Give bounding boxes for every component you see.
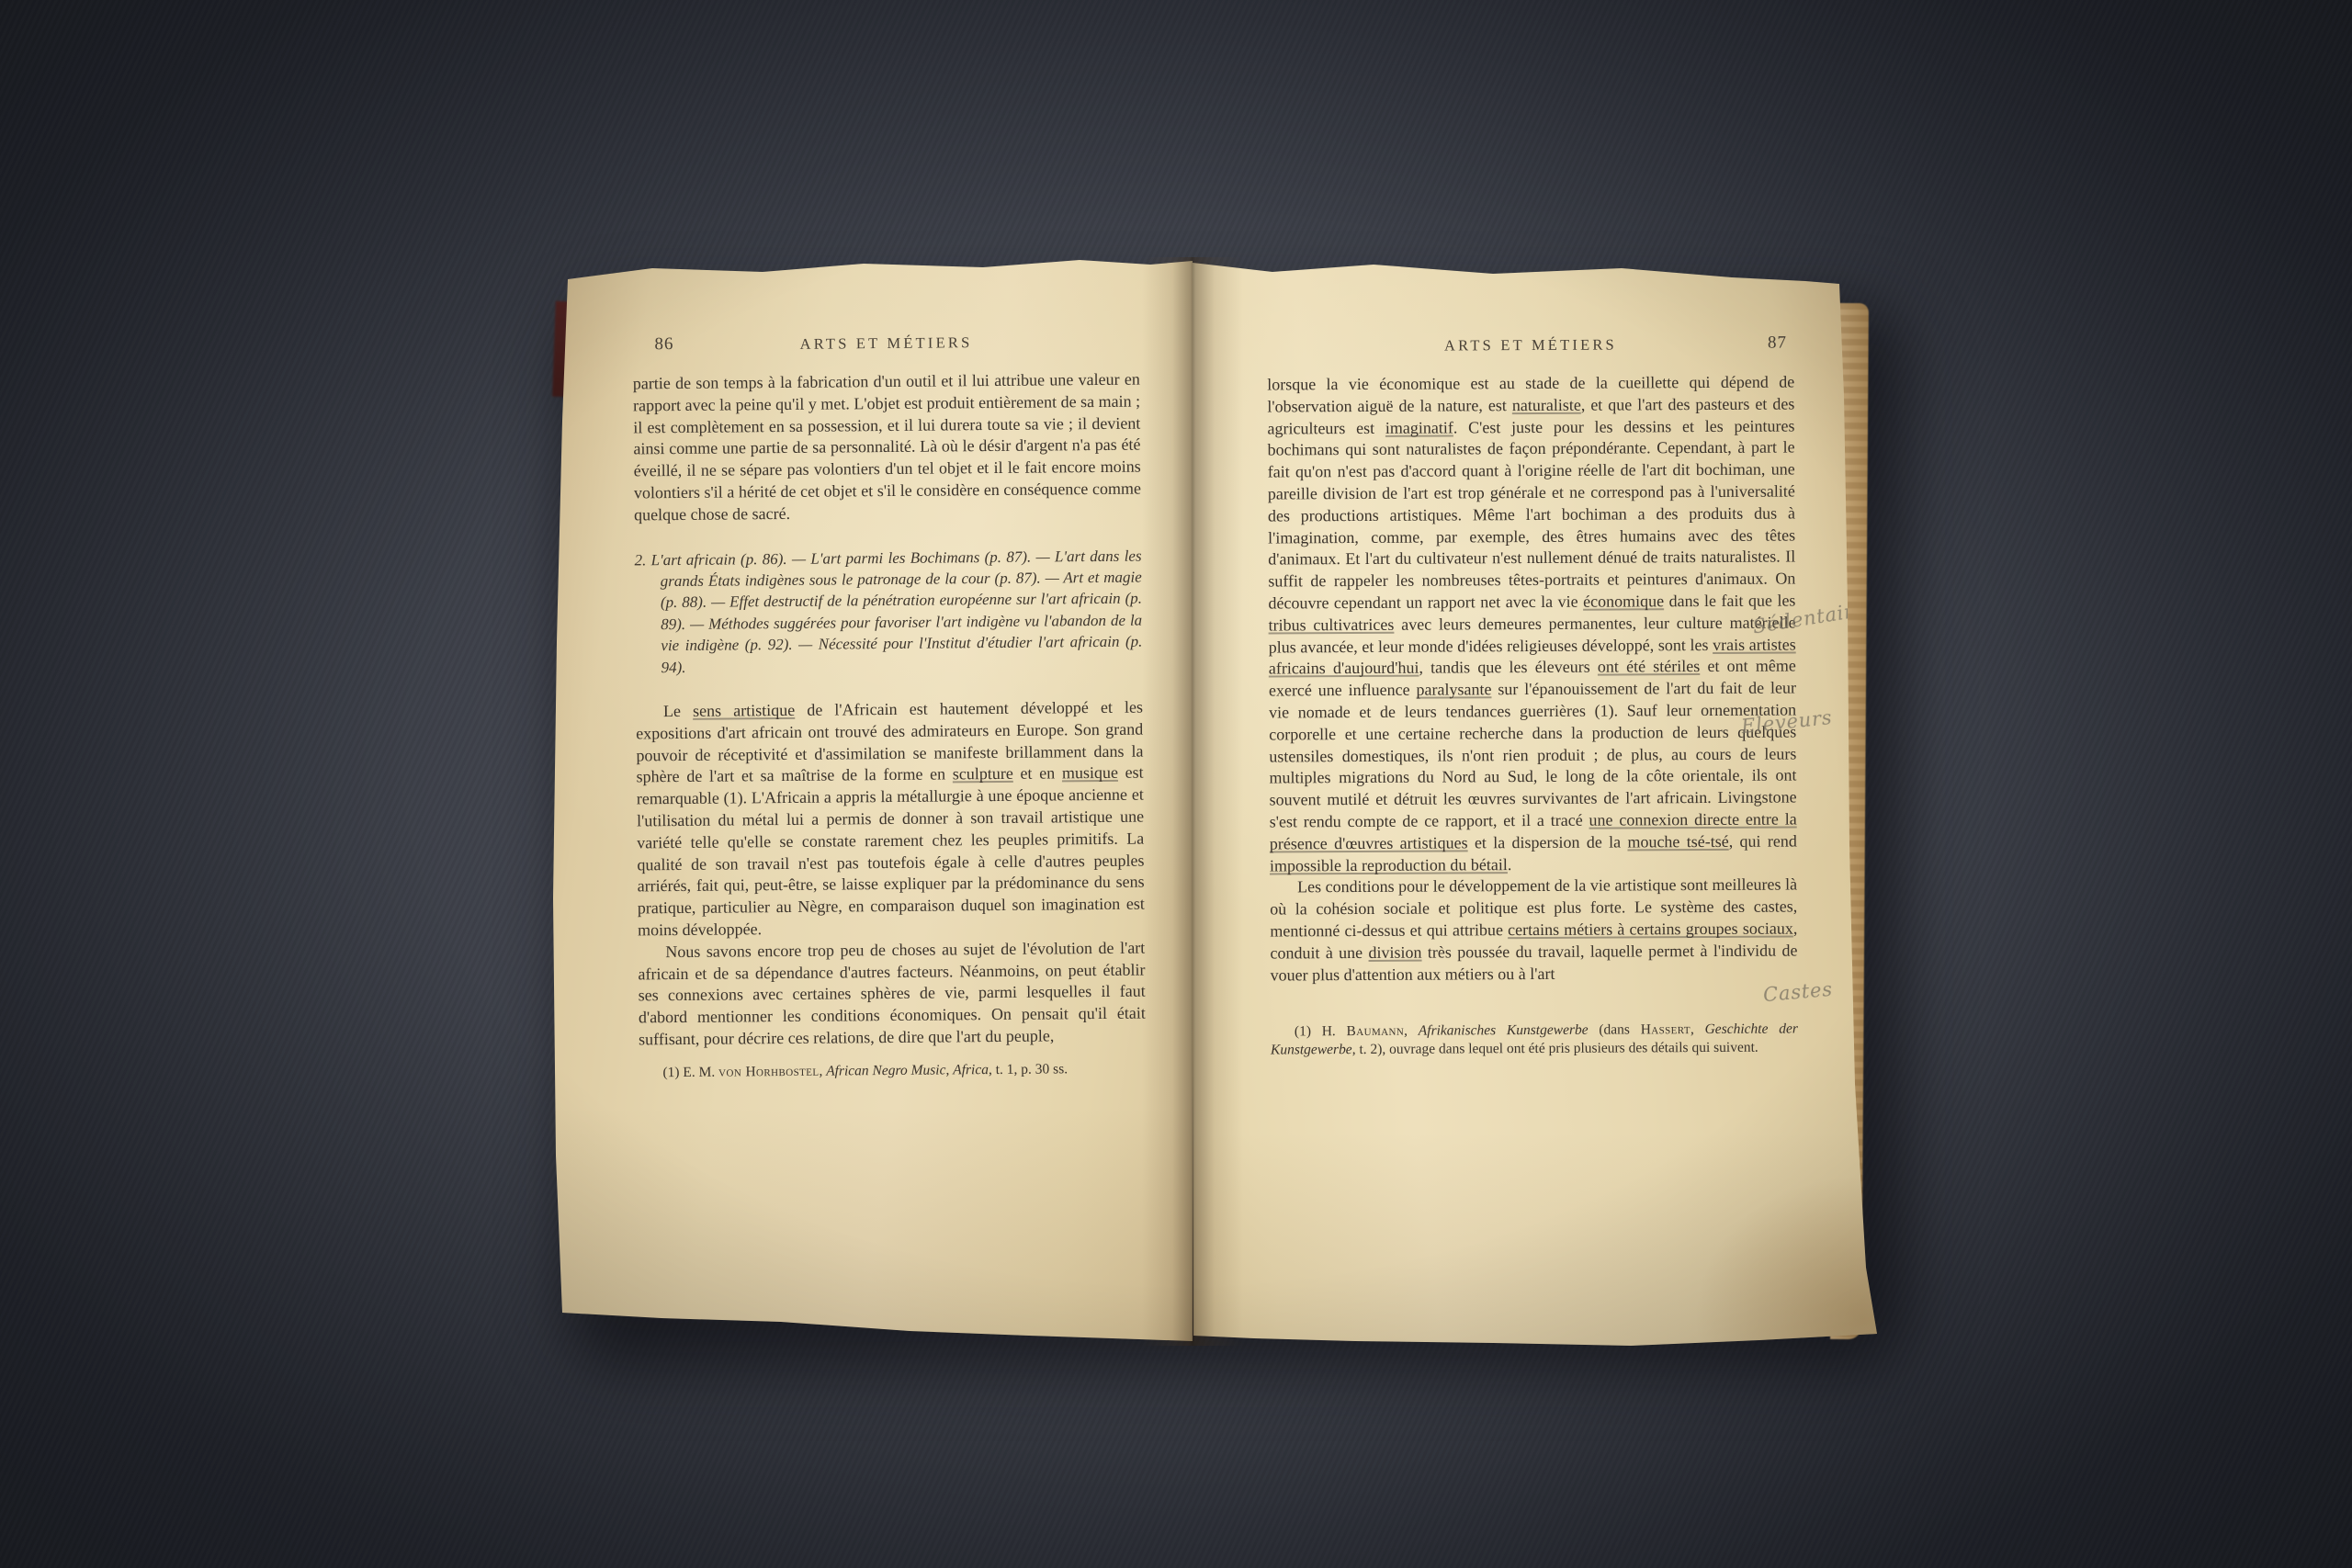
text-segment: , <box>819 1063 826 1078</box>
text-segment: . C'est juste pour les dessins et les pe… <box>1268 416 1796 612</box>
pencil-underlined-text: économique <box>1583 592 1664 610</box>
pencil-underlined-text: certains métiers à certains groupes soci… <box>1508 919 1793 939</box>
right-running-head: ARTS ET MÉTIERS 87 <box>1267 330 1794 375</box>
text-segment: partie de son temps à la fabrication d'u… <box>633 370 1141 525</box>
text-segment: (1) H. <box>1295 1023 1347 1039</box>
text-segment: , t. 1, p. 30 ss. <box>989 1061 1068 1077</box>
text-segment: (1) E. M. <box>662 1064 718 1080</box>
text-segment: , qui rend <box>1729 831 1797 850</box>
paragraph: 2. L'art africain (p. 86). — L'art parmi… <box>634 545 1142 678</box>
pencil-underlined-text: division <box>1368 942 1421 961</box>
text-segment: Africa <box>953 1062 989 1077</box>
text-segment: Hassert <box>1641 1021 1690 1037</box>
right-page-text-column: ARTS ET MÉTIERS 87 lorsque la vie économ… <box>1267 330 1798 1074</box>
text-segment: et en <box>1013 764 1062 783</box>
text-segment: Le <box>663 702 693 720</box>
text-segment: , <box>1404 1023 1419 1039</box>
text-segment: et la dispersion de la <box>1468 832 1628 852</box>
left-page-body: partie de son temps à la fabrication d'u… <box>633 369 1146 1052</box>
right-page: ARTS ET MÉTIERS 87 lorsque la vie économ… <box>1190 257 1883 1350</box>
text-segment: est remarquable (1). L'Africain a appris… <box>637 763 1145 939</box>
pencil-underlined-text: musique <box>1062 763 1118 783</box>
pencil-underlined-text: sculpture <box>953 764 1013 784</box>
paragraph: partie de son temps à la fabrication d'u… <box>633 369 1141 526</box>
pencil-underlined-text: naturaliste <box>1512 396 1581 414</box>
left-page-footnote: (1) E. M. von Horhbostel, African Negro … <box>639 1059 1146 1081</box>
right-page-number: 87 <box>1768 333 1787 354</box>
pencil-underlined-text: sens artistique <box>693 701 795 720</box>
text-segment: Afrikanisches Kunstgewerbe <box>1419 1022 1589 1039</box>
text-segment: Nous savons encore trop peu de choses au… <box>638 938 1146 1048</box>
text-segment: , tandis que les éleveurs <box>1419 658 1598 677</box>
text-segment: sur l'épanouissement de l'art du fait de… <box>1269 679 1797 831</box>
pencil-underlined-text: paralysante <box>1416 680 1491 698</box>
text-segment: , <box>945 1062 953 1077</box>
pencil-underlined-text: mouche tsé-tsé <box>1627 832 1728 852</box>
text-segment: Baumann <box>1346 1023 1404 1039</box>
text-segment: , <box>1690 1021 1705 1037</box>
pencil-underlined-text: impossible la reproduction du bétail <box>1270 855 1508 874</box>
text-segment: von Horhbostel <box>718 1063 819 1079</box>
pencil-underlined-text: ont été stériles <box>1598 657 1700 676</box>
text-segment: African Negro Music <box>826 1062 945 1078</box>
paragraph: Les conditions pour le développement de … <box>1270 874 1798 987</box>
text-segment: , t. 2), ouvrage dans lequel ont été pri… <box>1352 1040 1758 1057</box>
text-segment: (dans <box>1589 1022 1641 1038</box>
right-page-body: lorsque la vie économique est au stade d… <box>1267 372 1797 987</box>
paragraph: Le sens artistique de l'Africain est hau… <box>636 697 1145 942</box>
margin-note-castes: Castes <box>1762 978 1834 1007</box>
book-photo: 86 ARTS ET MÉTIERS partie de son temps à… <box>0 0 2352 1568</box>
text-segment: . <box>1508 855 1512 874</box>
paragraph: lorsque la vie économique est au stade d… <box>1267 372 1797 877</box>
pencil-underlined-text: imaginatif <box>1385 418 1453 436</box>
right-page-footnote: (1) H. Baumann, Afrikanisches Kunstgewer… <box>1271 1021 1798 1059</box>
left-running-head: 86 ARTS ET MÉTIERS <box>632 327 1139 374</box>
left-running-title: ARTS ET MÉTIERS <box>632 333 1139 355</box>
left-page-text-column: 86 ARTS ET MÉTIERS partie de son temps à… <box>632 327 1146 1097</box>
text-segment: 2. L'art africain (p. 86). — L'art parmi… <box>634 547 1142 676</box>
text-segment: dans le fait que les <box>1664 591 1795 610</box>
left-page: 86 ARTS ET MÉTIERS partie de son temps à… <box>551 255 1194 1347</box>
right-running-title: ARTS ET MÉTIERS <box>1267 335 1794 356</box>
pencil-underlined-text: tribus cultivatrices <box>1269 615 1395 635</box>
paragraph: Nous savons encore trop peu de choses au… <box>638 937 1146 1051</box>
